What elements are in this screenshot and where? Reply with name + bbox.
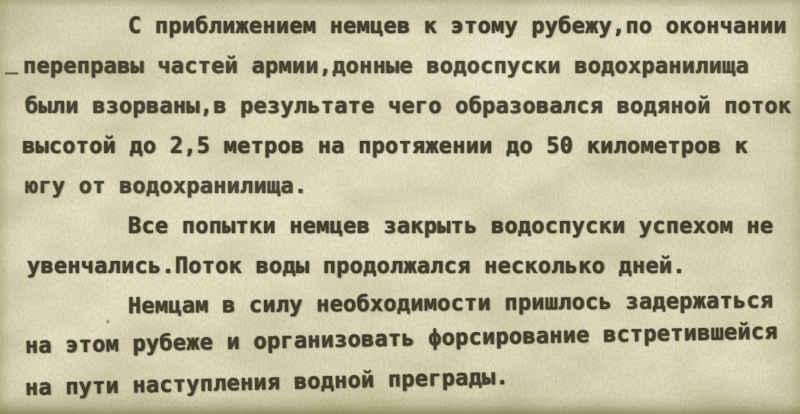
text-line: С приближением немцев к этому рубежу,по … xyxy=(25,7,793,47)
document-text: С приближением немцев к этому рубежу,по … xyxy=(25,7,793,409)
text-line: были взорваны,в результате чего образова… xyxy=(25,87,793,127)
text-line: югу от водохранилища. xyxy=(25,167,793,207)
scanned-document-page: _ С приближением немцев к этому рубежу,п… xyxy=(0,0,800,414)
text-line: увенчались.Поток воды продолжался нескол… xyxy=(27,247,793,287)
text-line: Все попытки немцев закрыть водоспуски ус… xyxy=(25,207,793,247)
text-line: переправы частей армии,донные водоспуски… xyxy=(23,47,793,87)
margin-mark: _ xyxy=(5,43,18,83)
text-line: высотой до 2,5 метров на протяжении до 5… xyxy=(22,127,793,167)
